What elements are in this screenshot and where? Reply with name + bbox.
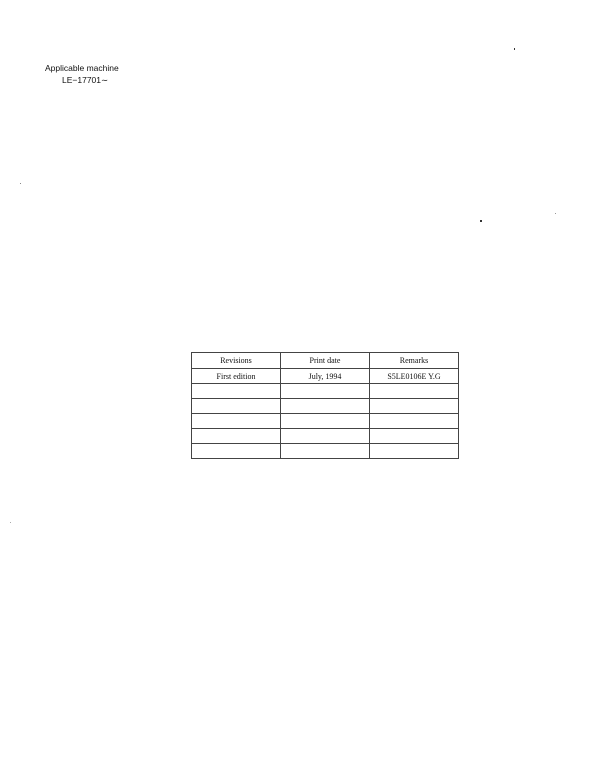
- cell-remarks: S5LE0106E Y.G: [370, 369, 459, 384]
- cell-remarks: [370, 444, 459, 459]
- scan-speck: [514, 48, 515, 50]
- column-header-print-date: Print date: [281, 353, 370, 369]
- cell-print-date: [281, 444, 370, 459]
- cell-remarks: [370, 414, 459, 429]
- table-row: [192, 414, 459, 429]
- revisions-table: Revisions Print date Remarks First editi…: [191, 352, 459, 459]
- table-row: [192, 429, 459, 444]
- machine-model-number: LE−17701∼: [62, 75, 108, 86]
- table-row: [192, 399, 459, 414]
- cell-revision: [192, 414, 281, 429]
- applicable-machine-label: Applicable machine: [45, 63, 119, 73]
- scan-speck: [20, 183, 21, 184]
- cell-revision: [192, 429, 281, 444]
- cell-remarks: [370, 384, 459, 399]
- scan-speck: [10, 522, 11, 523]
- cell-revision: [192, 384, 281, 399]
- scan-speck: [555, 213, 556, 214]
- table-row: [192, 384, 459, 399]
- column-header-remarks: Remarks: [370, 353, 459, 369]
- table-row: First edition July, 1994 S5LE0106E Y.G: [192, 369, 459, 384]
- cell-remarks: [370, 429, 459, 444]
- column-header-revisions: Revisions: [192, 353, 281, 369]
- table-header-row: Revisions Print date Remarks: [192, 353, 459, 369]
- cell-revision: [192, 444, 281, 459]
- cell-print-date: [281, 384, 370, 399]
- table-row: [192, 444, 459, 459]
- cell-revision: First edition: [192, 369, 281, 384]
- cell-remarks: [370, 399, 459, 414]
- cell-print-date: [281, 399, 370, 414]
- scan-speck: [480, 220, 482, 222]
- cell-revision: [192, 399, 281, 414]
- cell-print-date: [281, 414, 370, 429]
- cell-print-date: [281, 429, 370, 444]
- cell-print-date: July, 1994: [281, 369, 370, 384]
